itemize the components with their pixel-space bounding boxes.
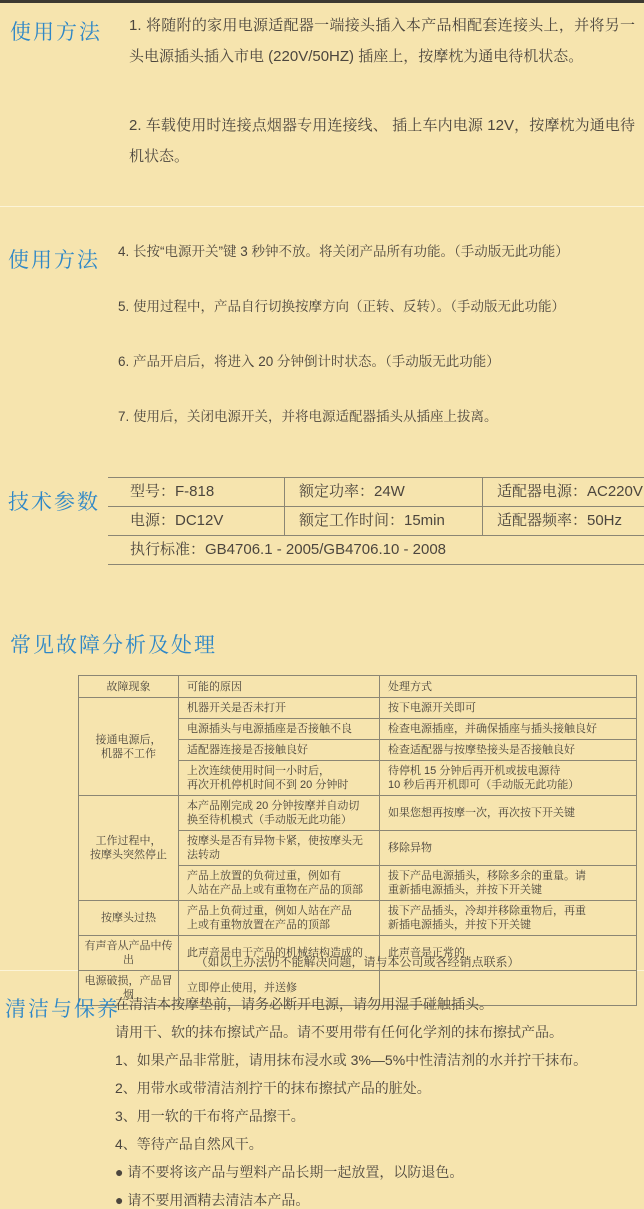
usage-step-2: 2. 车载使用时连接点烟器专用连接线、 插上车内电源 12V，按摩枕为通电待机状… [129,110,635,172]
section-divider [0,206,644,207]
fault-fix: 拔下产品电源插头，移除多余的重量。请 重新插电源插头，并按下开关键 [380,866,637,901]
fault-col-fix: 处理方式 [380,676,637,698]
spec-adapter-frequency: 适配器频率：50Hz [483,507,644,536]
spec-standard: 执行标准：GB4706.1 - 2005/GB4706.10 - 2008 [108,536,644,565]
usage-section-1-heading: 使用方法 [10,16,102,46]
tech-specs-table: 型号：F-818 额定功率：24W 适配器电源：AC220V 电源：DC12V … [108,477,644,565]
tech-section-heading: 技术参数 [8,486,100,516]
cleaning-line: 4、等待产品自然风干。 [115,1130,640,1158]
cleaning-section-heading: 清洁与保养 [5,993,120,1023]
manual-page: { "colors": { "background": "#F6E4AE", "… [0,0,644,1209]
spec-model: 型号：F-818 [108,478,285,507]
fault-cause: 上次连续使用时间一小时后， 再次开机停机时间不到 20 分钟时 [179,761,380,796]
cleaning-line: ● 请不要将该产品与塑料产品长期一起放置，以防退色。 [115,1158,640,1186]
cleaning-line: ● 请不要用酒精去清洁本产品。 [115,1186,640,1209]
fault-fix: 待停机 15 分钟后再开机或拔电源待 10 秒后再开机即可（手动版无此功能） [380,761,637,796]
tech-row-2: 电源：DC12V 额定工作时间：15min 适配器频率：50Hz [108,507,644,536]
cleaning-line: 在清洁本按摩垫前，请务必断开电源，请勿用湿手碰触插头。 [115,990,640,1018]
spec-rated-power: 额定功率：24W [285,478,483,507]
usage-step-5: 5. 使用过程中，产品自行切换按摩方向（正转、反转）。（手动版无此功能） [118,295,640,318]
usage-step-4: 4. 长按“电源开关”键 3 秒钟不放。将关闭产品所有功能。（手动版无此功能） [118,240,640,263]
fault-fix: 检查适配器与按摩垫接头是否接触良好 [380,740,637,761]
cleaning-line: 3、用一软的干布将产品擦干。 [115,1102,640,1130]
fault-cause: 产品上放置的负荷过重，例如有 人站在产品上或有重物在产品的顶部 [179,866,380,901]
fault-row: 按摩头过热 产品上负荷过重，例如人站在产品 上或有重物放置在产品的顶部 拔下产品… [79,901,637,936]
tech-row-1: 型号：F-818 额定功率：24W 适配器电源：AC220V [108,478,644,507]
fault-fix: 移除异物 [380,831,637,866]
spec-adapter-power: 适配器电源：AC220V [483,478,644,507]
spec-rated-time: 额定工作时间：15min [285,507,483,536]
fault-cause: 适配器连接是否接触良好 [179,740,380,761]
fault-table-note: （如以上办法仍不能解决问题，请与本公司或各经销点联系） [78,953,637,970]
usage-section-1-body: 1. 将随附的家用电源适配器一端接头插入本产品相配套连接头上，并将另一头电源插头… [129,10,635,172]
fault-header-row: 故障现象 可能的原因 处理方式 [79,676,637,698]
usage-step-1: 1. 将随附的家用电源适配器一端接头插入本产品相配套连接头上，并将另一头电源插头… [129,10,635,72]
page-top-border [0,0,644,3]
fault-cause: 按摩头是否有异物卡紧，使按摩头无法转动 [179,831,380,866]
usage-step-6: 6. 产品开启后，将进入 20 分钟倒计时状态。（手动版无此功能） [118,350,640,373]
fault-fix: 拔下产品插头，冷却并移除重物后，再重 新插电源插头，并按下开关键 [380,901,637,936]
spec-power-source: 电源：DC12V [108,507,285,536]
cleaning-line: 1、如果产品非常脏，请用抹布浸水或 3%—5%中性清洁剂的水并拧干抹布。 [115,1046,640,1074]
fault-phenomenon: 按摩头过热 [79,901,179,936]
fault-phenomenon: 工作过程中， 按摩头突然停止 [79,796,179,901]
faults-section-heading: 常见故障分析及处理 [10,629,217,659]
usage-step-7: 7. 使用后，关闭电源开关，并将电源适配器插头从插座上拔离。 [118,405,640,428]
cleaning-line: 请用干、软的抹布擦试产品。请不要用带有任何化学剂的抹布擦拭产品。 [115,1018,640,1046]
fault-row: 工作过程中， 按摩头突然停止 本产品刚完成 20 分钟按摩并自动切 换至待机模式… [79,796,637,831]
usage-section-2-body: 4. 长按“电源开关”键 3 秒钟不放。将关闭产品所有功能。（手动版无此功能） … [118,240,640,460]
fault-row: 接通电源后， 机器不工作 机器开关是否未打开 按下电源开关即可 [79,698,637,719]
tech-row-standard: 执行标准：GB4706.1 - 2005/GB4706.10 - 2008 [108,536,644,565]
fault-col-cause: 可能的原因 [179,676,380,698]
fault-fix: 按下电源开关即可 [380,698,637,719]
fault-fix: 如果您想再按摩一次，再次按下开关键 [380,796,637,831]
usage-section-2-heading: 使用方法 [8,244,100,274]
fault-phenomenon: 接通电源后， 机器不工作 [79,698,179,796]
fault-fix: 检查电源插座，并确保插座与插头接触良好 [380,719,637,740]
fault-cause: 本产品刚完成 20 分钟按摩并自动切 换至待机模式（手动版无此功能） [179,796,380,831]
fault-col-phenomenon: 故障现象 [79,676,179,698]
cleaning-line: 2、用带水或带清洁剂拧干的抹布擦拭产品的脏处。 [115,1074,640,1102]
fault-cause: 产品上负荷过重，例如人站在产品 上或有重物放置在产品的顶部 [179,901,380,936]
cleaning-section-body: 在清洁本按摩垫前，请务必断开电源，请勿用湿手碰触插头。 请用干、软的抹布擦试产品… [115,990,640,1209]
fault-cause: 电源插头与电源插座是否接触不良 [179,719,380,740]
fault-cause: 机器开关是否未打开 [179,698,380,719]
